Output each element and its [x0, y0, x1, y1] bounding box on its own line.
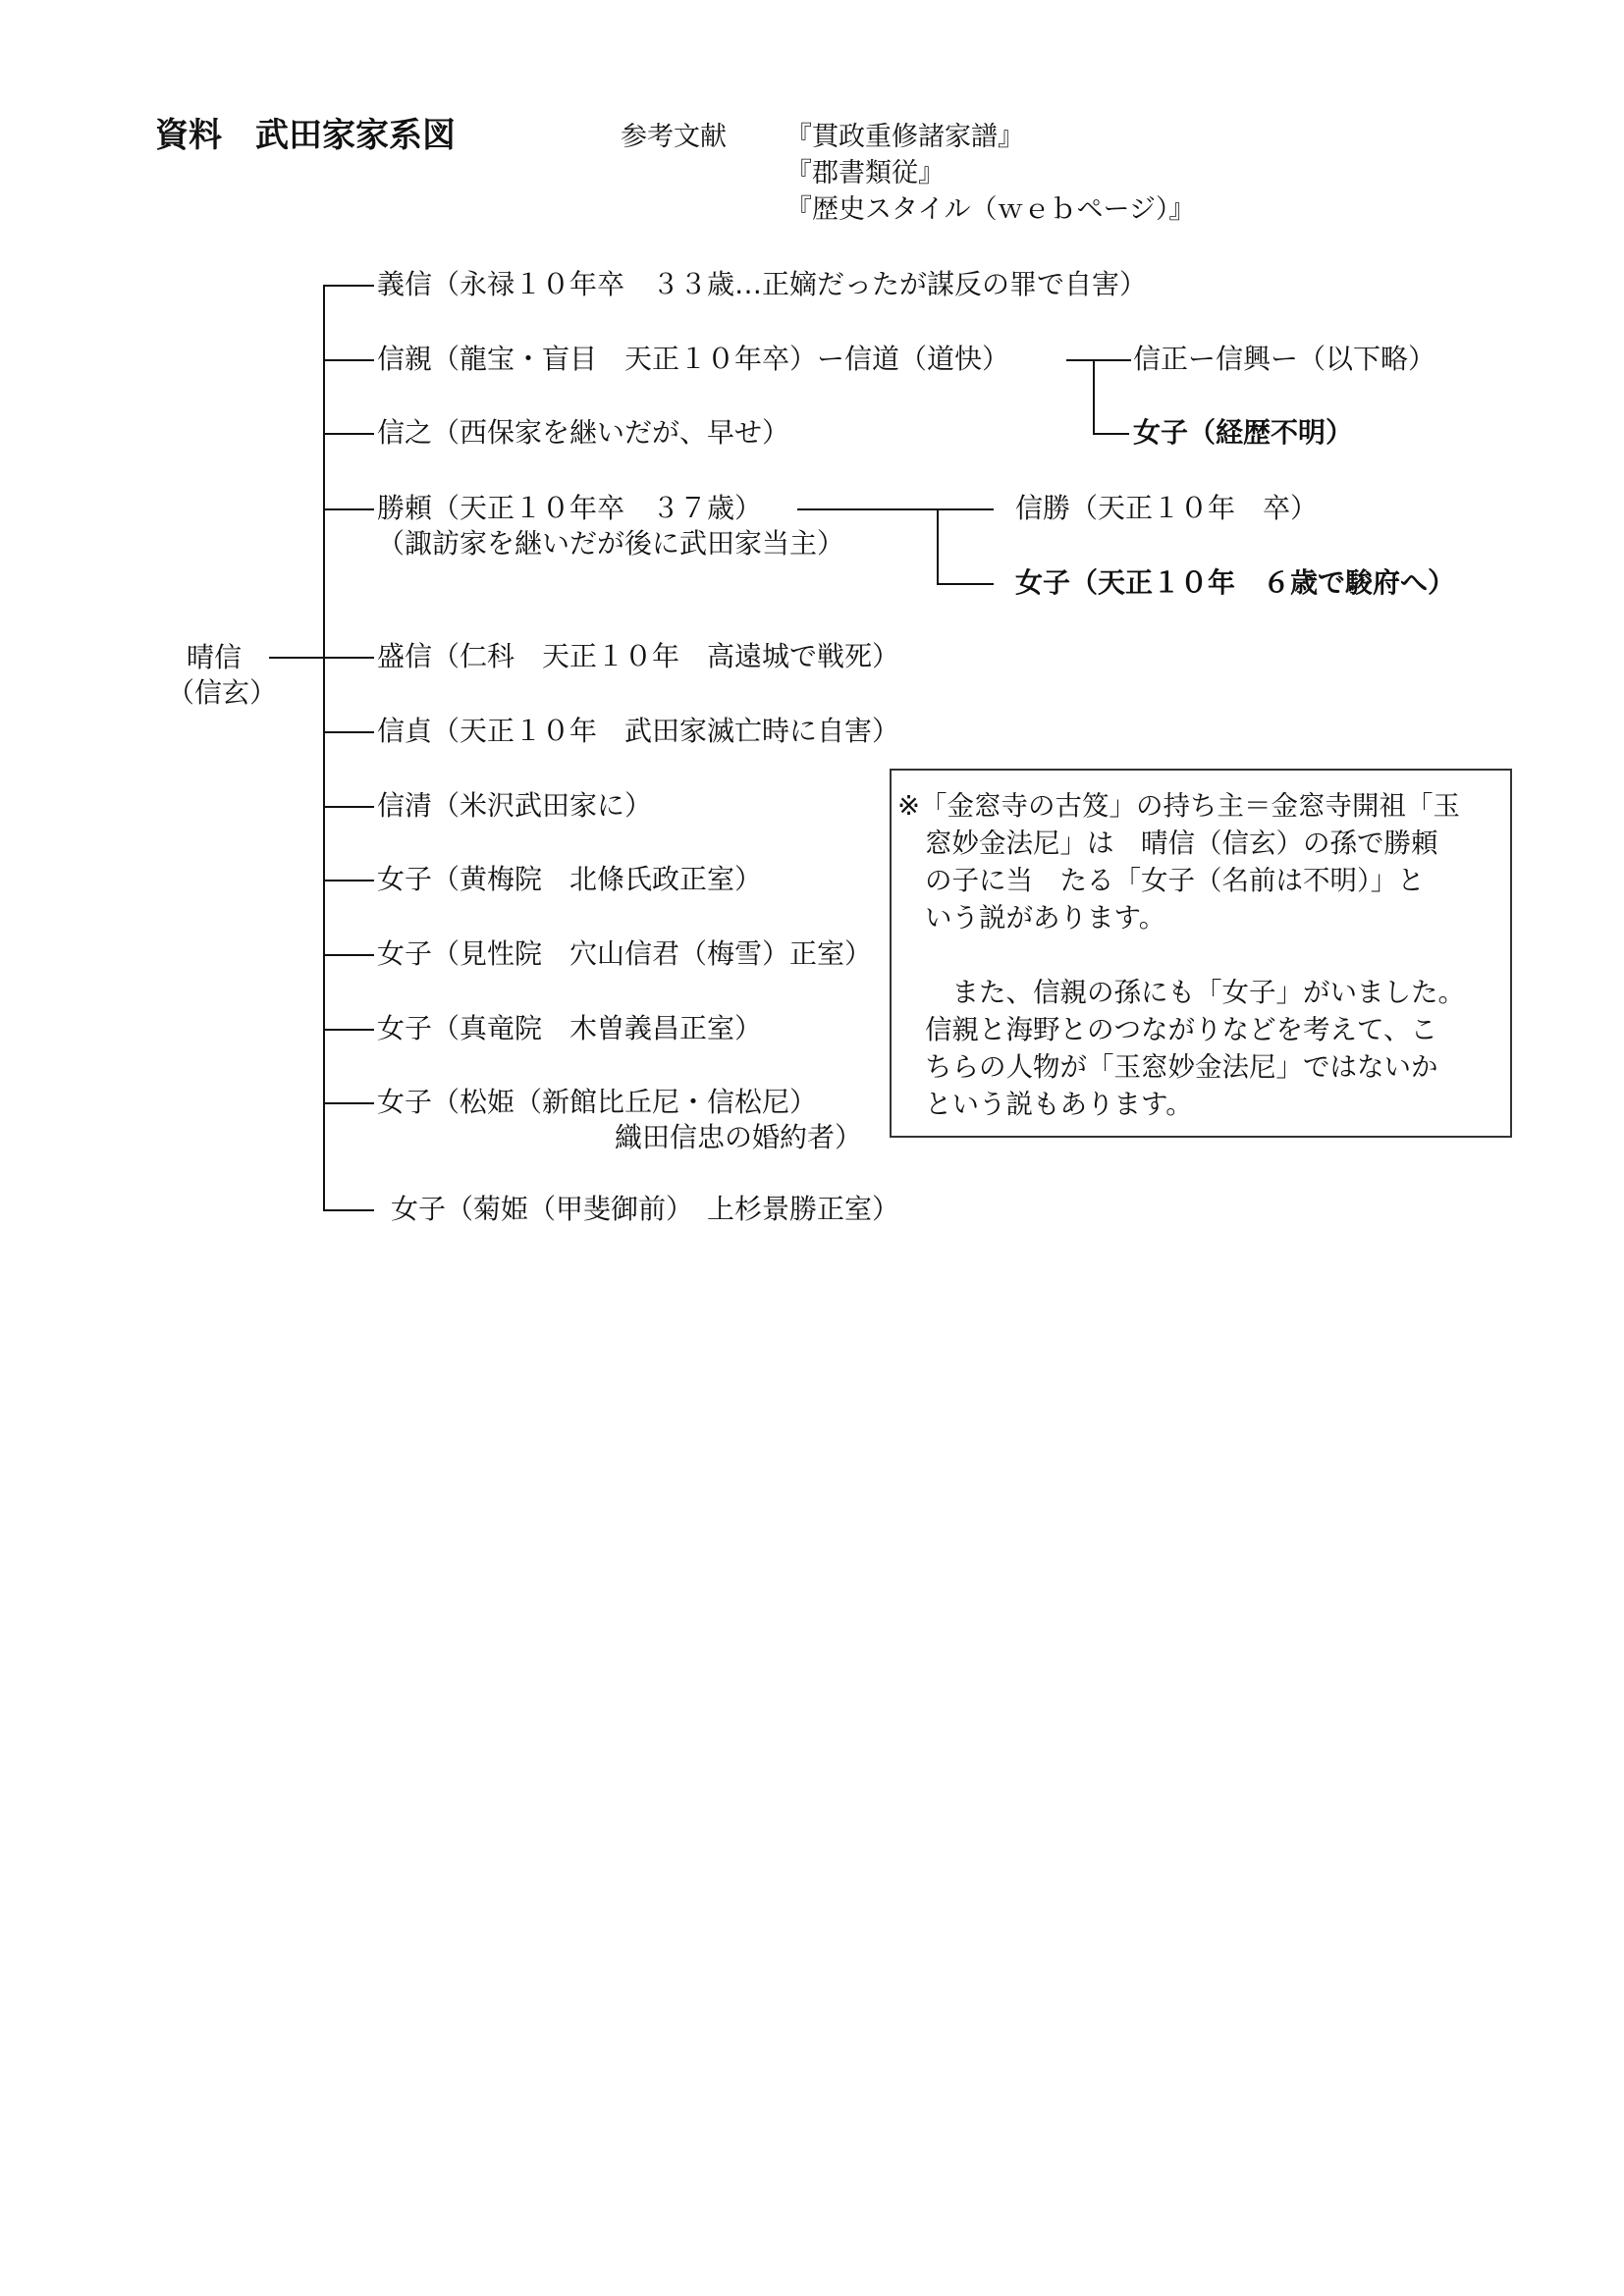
branch-line — [323, 359, 374, 361]
branch-line — [1066, 359, 1131, 361]
child-matsuhime-note: 織田信忠の婚約者） — [615, 1121, 862, 1154]
root-person-name: 晴信 — [187, 641, 242, 674]
page-title: 資料 武田家家系図 — [155, 116, 456, 155]
grandchild-daughter-sunpu: 女子（天正１０年 ６歳で駿府へ） — [1015, 566, 1455, 600]
note-line: 信親と海野とのつながりなどを考えて、こ — [925, 1011, 1437, 1048]
branch-line — [323, 433, 374, 435]
branch-line — [323, 880, 374, 881]
child-nobuchika: 信親（龍宝・盲目 天正１０年卒）ー信道（道快） — [377, 343, 1009, 376]
branch-line — [323, 1209, 374, 1211]
child-morinobu: 盛信（仁科 天正１０年 高遠城で戦死） — [377, 640, 899, 673]
reference-item: 『貫政重修諸家譜』 — [785, 119, 1024, 155]
child-daughter-obaiin: 女子（黄梅院 北條氏政正室） — [377, 863, 762, 896]
branch-line — [323, 954, 374, 956]
child-nobusada: 信貞（天正１０年 武田家滅亡時に自害） — [377, 715, 899, 748]
note-line: また、信親の孫にも「女子」がいました。 — [925, 974, 1465, 1011]
note-line: いう説があります。 — [925, 899, 1165, 936]
child-katsuyori-note: （諏訪家を継いだが後に武田家当主） — [377, 527, 844, 561]
reference-item: 『歴史スタイル（ｗｅｂページ）』 — [785, 191, 1195, 228]
child-nobukiyo: 信清（米沢武田家に） — [377, 789, 652, 823]
branch-line — [937, 583, 994, 585]
note-box: ※「金窓寺の古笈」の持ち主＝金窓寺開祖「玉 窓妙金法尼」は 晴信（信玄）の孫で勝… — [890, 769, 1512, 1138]
branch-line — [323, 1102, 374, 1104]
child-daughter-matsuhime: 女子（松姫（新館比丘尼・信松尼） — [377, 1086, 817, 1119]
child-daughter-kikuhime: 女子（菊姫（甲斐御前） 上杉景勝正室） — [391, 1193, 899, 1226]
child-nobuyuki: 信之（西保家を継いだが、早せ） — [377, 416, 789, 450]
branch-line — [323, 508, 374, 510]
main-spine-line — [323, 285, 325, 1210]
child-katsuyori: 勝頼（天正１０年卒 ３７歳） — [377, 492, 762, 525]
branch-line — [323, 285, 374, 287]
note-line: ちらの人物が「玉窓妙金法尼」ではないか — [925, 1048, 1438, 1086]
branch-line — [323, 806, 374, 808]
branch-line — [1093, 433, 1129, 435]
reference-item: 『郡書類従』 — [785, 155, 945, 191]
note-line: という説もあります。 — [925, 1086, 1193, 1123]
note-line: 窓妙金法尼」は 晴信（信玄）の孫で勝頼 — [925, 825, 1438, 862]
branch-line — [323, 1029, 374, 1031]
grandchild-nobumasa: 信正ー信興ー（以下略） — [1133, 343, 1435, 376]
branch-line — [323, 657, 374, 659]
root-connector-line — [269, 657, 324, 659]
root-person-alias: （信玄） — [167, 676, 277, 710]
note-line: の子に当 たる「女子（名前は不明）」と — [925, 862, 1425, 899]
child-yoshinobu: 義信（永禄１０年卒 ３３歳…正嫡だったが謀反の罪で自害） — [377, 268, 1147, 301]
note-line: ※「金窓寺の古笈」の持ち主＝金窓寺開祖「玉 — [897, 787, 1460, 825]
grandchild-nobukatsu: 信勝（天正１０年 卒） — [1015, 492, 1318, 525]
branch-line — [1093, 359, 1095, 434]
references-label: 参考文献 — [621, 119, 727, 155]
grandchild-daughter-unknown: 女子（経歴不明） — [1133, 416, 1353, 450]
branch-line — [323, 731, 374, 733]
child-daughter-kenshoin: 女子（見性院 穴山信君（梅雪）正室） — [377, 937, 872, 971]
branch-line — [797, 508, 994, 510]
branch-line — [937, 508, 939, 584]
child-daughter-shinryuin: 女子（真竜院 木曽義昌正室） — [377, 1012, 762, 1045]
